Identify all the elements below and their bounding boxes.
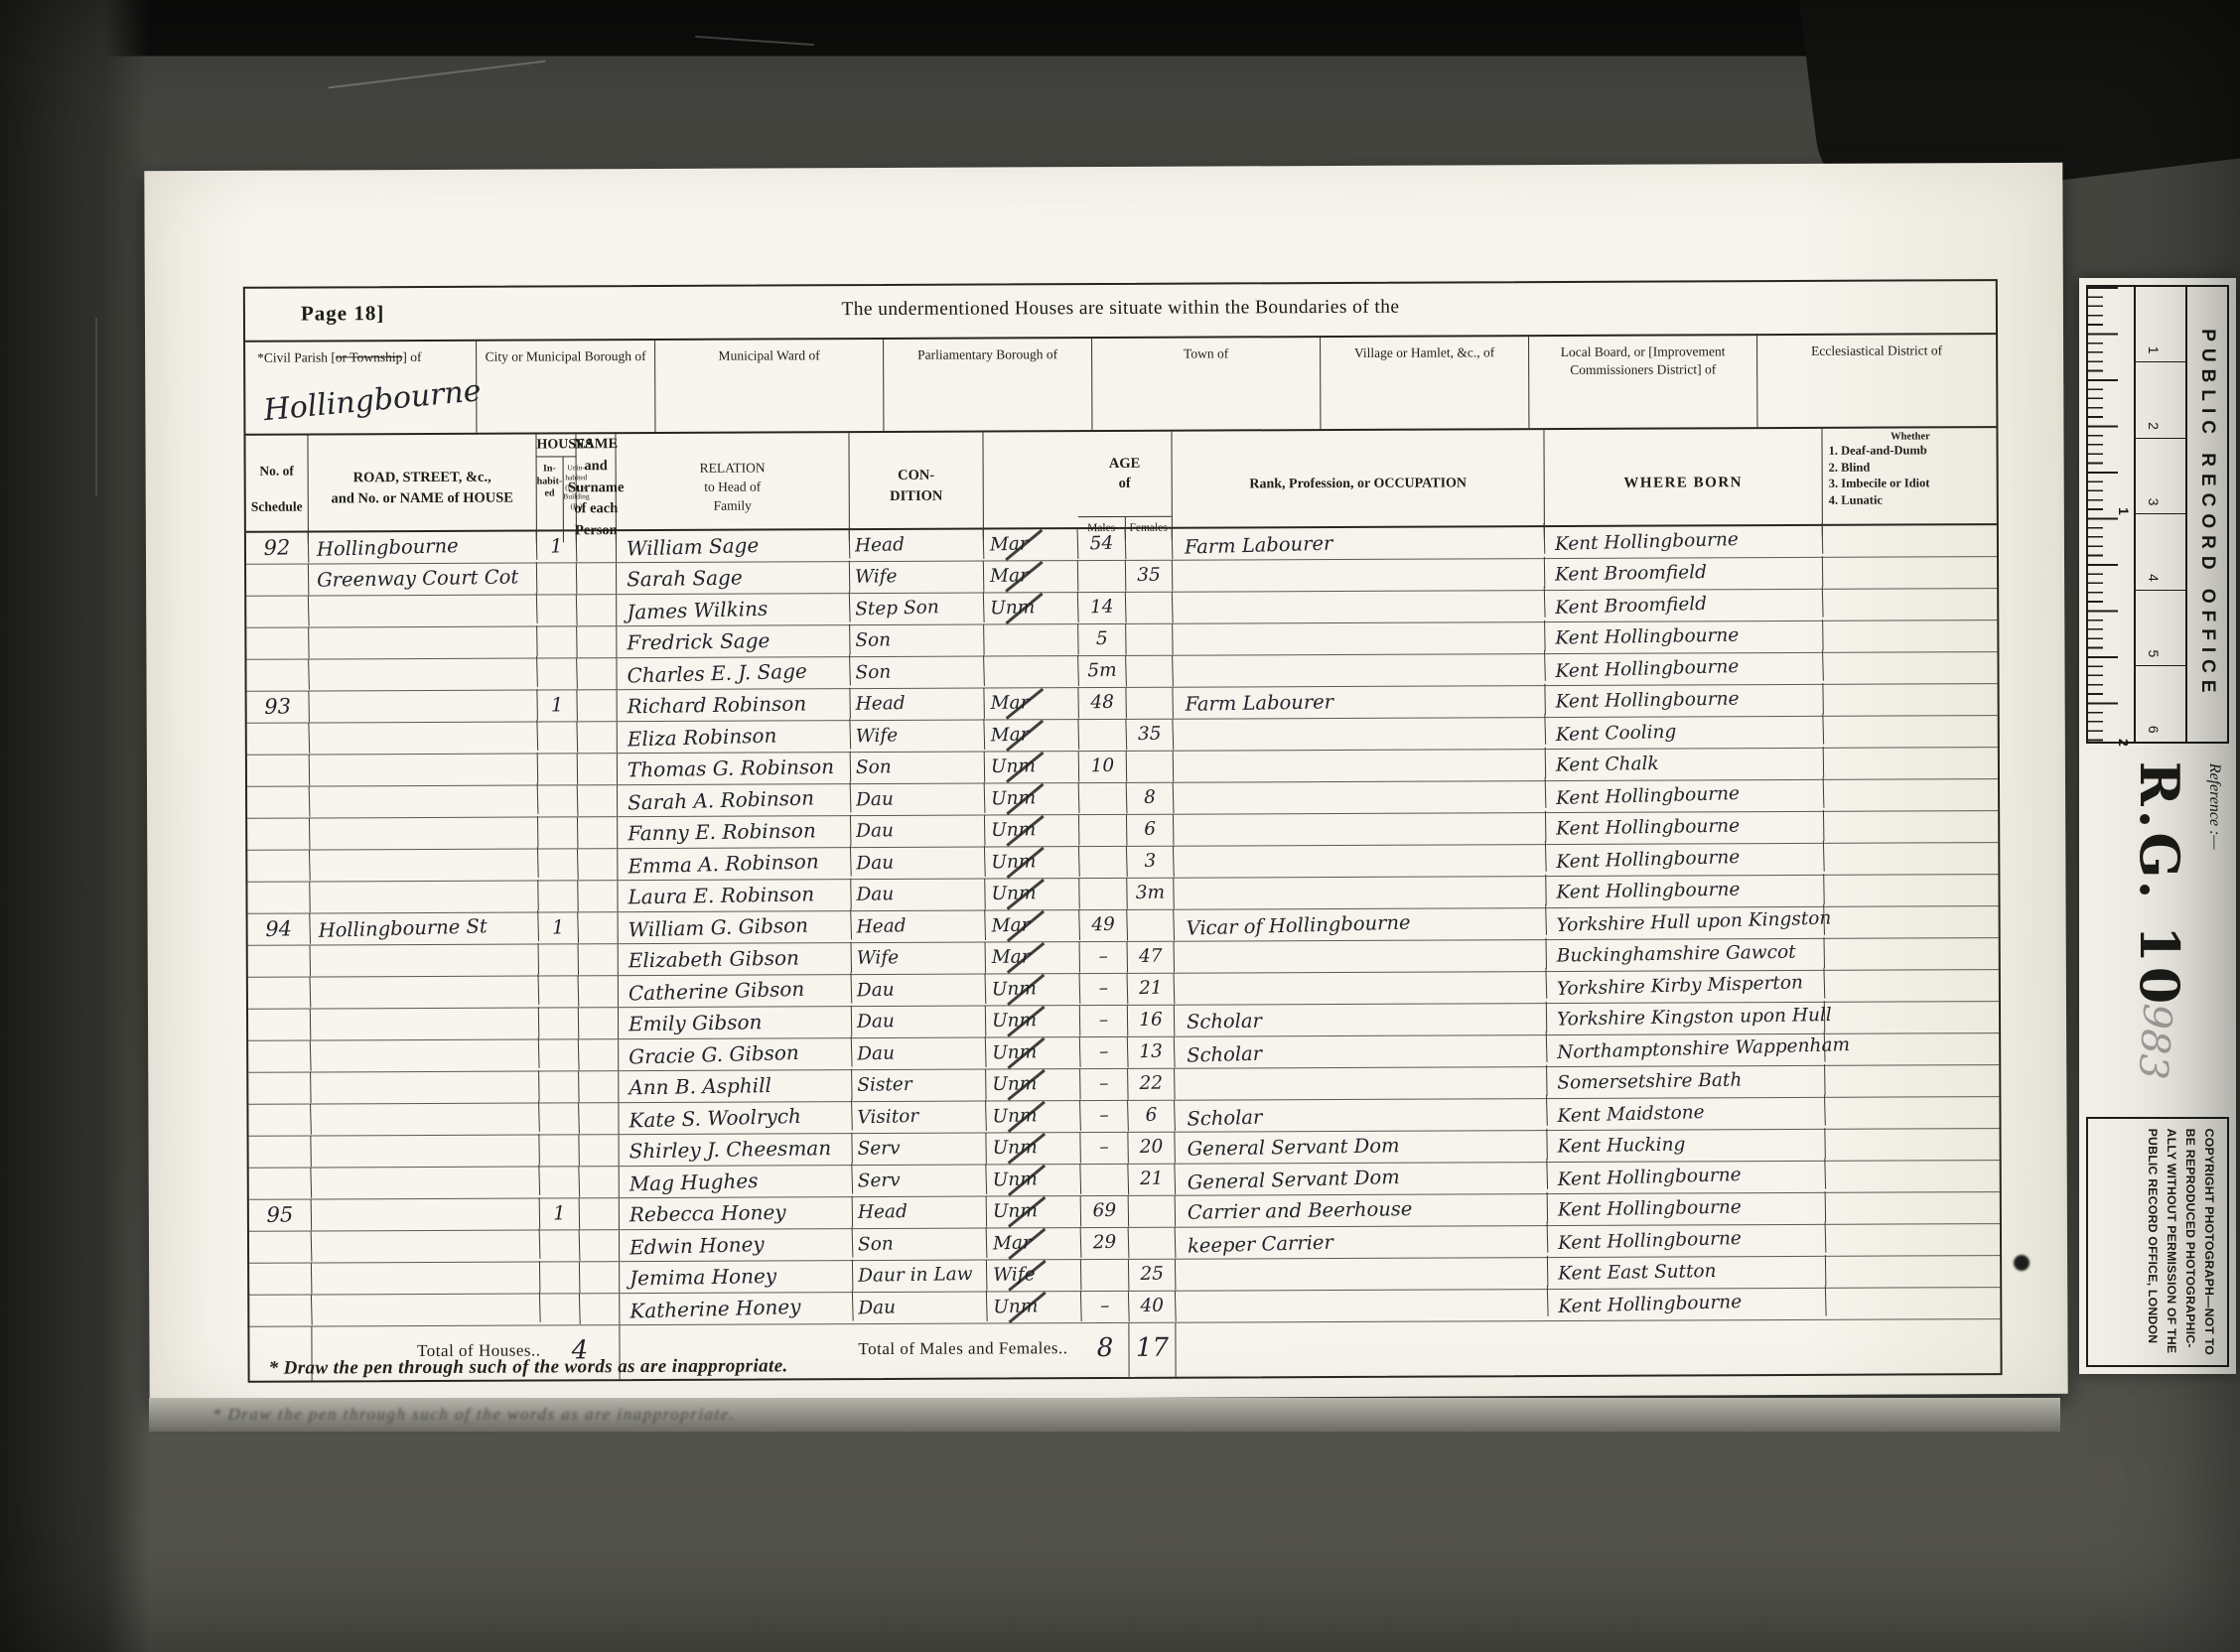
condition: Unm: [985, 879, 1080, 911]
relation-to-head: Wife: [850, 561, 984, 594]
footnote: * Draw the pen through such of the words…: [269, 1355, 788, 1379]
person-name: Charles E. J. Sage: [617, 654, 851, 691]
where-born: Yorkshire Kirby Misperton: [1547, 968, 1826, 1007]
relation-to-head: Son: [851, 752, 985, 784]
schedule-number: [248, 1168, 312, 1200]
condition: [984, 624, 1079, 657]
photographed-census-page: Page 18] The undermentioned Houses are s…: [0, 0, 2240, 1652]
schedule-number: [246, 659, 310, 692]
relation-to-head: Head: [853, 1196, 987, 1229]
local-board-cell: Local Board, or [Improvement Commissione…: [1529, 336, 1757, 428]
age-male: [1078, 719, 1127, 751]
ghost-footnote-text: * Draw the pen through such of the words…: [148, 1398, 2061, 1425]
houses-uninhabited: [579, 1039, 619, 1070]
disability-notes: [1826, 1129, 2000, 1161]
person-name: Laura E. Robinson: [618, 879, 851, 913]
relation-to-head: Dau: [851, 846, 986, 881]
road-name: [311, 1070, 539, 1105]
civil-parish-label-end: ] of: [402, 349, 421, 364]
road-name: [311, 1037, 540, 1074]
houses-inhabited: 1: [537, 531, 578, 563]
where-born: Kent Hollingbourne: [1545, 619, 1823, 655]
houses-uninhabited: [580, 1198, 620, 1229]
condition: Unm: [985, 846, 1080, 880]
civil-parish-cell: *Civil Parish [or Township] of Hollingbo…: [245, 342, 477, 434]
municipal-ward-cell: Municipal Ward of: [655, 340, 884, 432]
person-name: Emily Gibson: [619, 1006, 852, 1040]
relation-to-head: Serv: [852, 1133, 986, 1166]
where-born: Kent Hucking: [1547, 1128, 1825, 1164]
houses-uninhabited: [580, 1135, 620, 1166]
disability-notes: [1824, 716, 1998, 748]
disability-notes: [1823, 557, 1997, 589]
age-male: [1078, 561, 1127, 593]
schedule-number: [248, 1009, 312, 1040]
person-name: Fanny E. Robinson: [618, 815, 851, 850]
age-male: 10: [1079, 752, 1128, 783]
age-female: 35: [1126, 560, 1174, 592]
relation-to-head: Dau: [851, 815, 985, 848]
where-born: Kent Hollingbourne: [1545, 683, 1823, 719]
condition: Unm: [986, 1133, 1081, 1166]
age-male: 69: [1081, 1196, 1130, 1228]
road-name: [311, 1134, 539, 1169]
age-male: [1079, 815, 1128, 847]
houses-inhabited: [538, 849, 579, 881]
houses-uninhabited: [580, 1230, 620, 1261]
punch-mark: [2014, 1255, 2030, 1271]
age-male: –: [1080, 1100, 1129, 1132]
where-born: Kent Hollingbourne: [1546, 874, 1824, 909]
where-born: Kent Broomfield: [1545, 587, 1824, 625]
relation-to-head: Son: [850, 655, 985, 690]
reference-label: Reference :—: [2205, 763, 2223, 850]
township-struck-label: or Township: [336, 349, 403, 364]
schedule-number: [249, 1231, 313, 1264]
person-name: Edwin Honey: [620, 1226, 854, 1263]
census-table: Page 18] The undermentioned Houses are s…: [243, 279, 2003, 1383]
age-female: 16: [1128, 1005, 1176, 1036]
relation-to-head: Dau: [851, 879, 985, 911]
houses-uninhabited: [579, 944, 619, 975]
age-female: [1127, 909, 1175, 941]
civil-parish-label: *Civil Parish [: [257, 349, 336, 364]
col-road: ROAD, STREET, &c., and No. or NAME of HO…: [308, 434, 536, 543]
schedule-number: [248, 945, 312, 977]
relation-to-head: Step Son: [850, 592, 985, 626]
where-born: Kent East Sutton: [1548, 1255, 1826, 1291]
age-male: –: [1080, 1133, 1129, 1165]
road-name: [312, 1228, 541, 1265]
houses-inhabited: [539, 976, 580, 1008]
person-name: Katherine Honey: [620, 1290, 854, 1326]
disability-notes: [1823, 589, 1997, 620]
houses-inhabited: [538, 785, 579, 817]
person-name: Catherine Gibson: [619, 972, 853, 1009]
houses-inhabited: [539, 1103, 580, 1135]
where-born: Kent Broomfield: [1545, 556, 1823, 592]
disability-notes: [1825, 1002, 1999, 1033]
condition: Mar: [984, 688, 1079, 721]
col-disabilities: Whether 1. Deaf-and-Dumb 2. Blind 3. Imb…: [1822, 428, 1996, 537]
person-name: Rebecca Honey: [620, 1196, 853, 1231]
person-name: Eliza Robinson: [617, 718, 851, 755]
road-name: Hollingbourne: [309, 529, 538, 566]
reference-handwritten-number: 983: [2129, 1002, 2179, 1080]
condition: Unm: [986, 1069, 1081, 1102]
disability-notes: [1825, 938, 1999, 970]
where-born: Yorkshire Kingston upon Hull: [1547, 1001, 1825, 1036]
relation-to-head: Wife: [850, 719, 985, 754]
schedule-number: [247, 882, 311, 913]
column-header-row: No. of Schedule ROAD, STREET, &c., and N…: [245, 428, 1996, 533]
person-name: Thomas G. Robinson: [618, 752, 851, 786]
col-name: NAME and Surname of each Person: [576, 434, 616, 542]
stamp-reference-section: Reference :— R.G. 10 983: [2086, 744, 2229, 1117]
city-borough-cell: City or Municipal Borough of: [477, 341, 655, 433]
houses-uninhabited: [577, 563, 617, 594]
age-female: [1129, 1195, 1177, 1227]
where-born: Northamptonshire Wappenham: [1547, 1032, 1826, 1070]
bleed-through-strip: * Draw the pen through such of the words…: [149, 1398, 2060, 1432]
condition: Mar: [984, 561, 1079, 594]
houses-inhabited: [537, 722, 578, 754]
age-female: 21: [1128, 1164, 1176, 1195]
where-born: Kent Hollingbourne: [1548, 1191, 1826, 1227]
total-males-value: 8: [1081, 1323, 1129, 1377]
col-schedule: No. of Schedule: [245, 436, 308, 544]
houses-inhabited: [539, 1167, 580, 1198]
houses-inhabited: [538, 754, 579, 785]
age-female: 21: [1127, 973, 1175, 1005]
relation-to-head: Visitor: [852, 1100, 987, 1135]
houses-uninhabited: [577, 531, 617, 562]
disability-notes: [1826, 1256, 2000, 1288]
houses-inhabited: 1: [537, 690, 578, 722]
where-born: Kent Hollingbourne: [1546, 777, 1825, 816]
age-female: 3m: [1127, 878, 1175, 909]
houses-inhabited: [539, 1039, 580, 1071]
houses-uninhabited: [579, 1008, 619, 1038]
civil-parish-handwritten-value: Hollingbourne: [262, 371, 483, 431]
person-name: Shirley J. Cheesman: [619, 1133, 852, 1168]
schedule-number: 92: [246, 532, 310, 565]
where-born: Kent Hollingbourne: [1545, 523, 1824, 562]
condition: Unm: [987, 1291, 1082, 1324]
houses-uninhabited: [579, 1071, 619, 1102]
person-name: Mag Hughes: [619, 1163, 853, 1199]
person-name: Sarah A. Robinson: [618, 781, 852, 818]
relation-to-head: Dau: [853, 1291, 988, 1325]
col-relation: RELATION to Head of Family: [616, 433, 849, 542]
age-female: [1126, 528, 1174, 560]
total-females-value: 17: [1129, 1323, 1176, 1377]
houses-inhabited: [540, 1262, 581, 1294]
age-female: 20: [1128, 1132, 1176, 1164]
disability-notes: [1825, 1097, 1999, 1129]
relation-to-head: Sister: [852, 1069, 986, 1102]
where-born: Kent Hollingbourne: [1548, 1286, 1827, 1324]
road-name: [309, 656, 538, 693]
schedule-number: 95: [249, 1199, 313, 1231]
where-born: Kent Cooling: [1545, 714, 1824, 753]
road-name: [311, 974, 540, 1011]
relation-to-head: Head: [850, 528, 985, 563]
age-male: 49: [1079, 909, 1128, 941]
age-male: 54: [1078, 528, 1127, 560]
disability-notes: [1823, 620, 1997, 652]
age-female: 35: [1126, 719, 1174, 751]
age-male: –: [1080, 942, 1129, 974]
road-name: [310, 847, 539, 884]
disability-notes: [1825, 906, 1999, 938]
person-name: Gracie G. Gibson: [619, 1035, 853, 1072]
where-born: Kent Maidstone: [1547, 1095, 1826, 1134]
film-scratch: [329, 61, 546, 89]
road-name: [311, 1007, 539, 1041]
schedule-number: 93: [246, 691, 310, 723]
village-hamlet-cell: Village or Hamlet, &c., of: [1321, 337, 1529, 429]
age-female: [1126, 623, 1174, 655]
road-name: [309, 593, 538, 629]
condition: Unm: [986, 1164, 1081, 1197]
houses-uninhabited: [578, 881, 618, 911]
where-born: Kent Hollingbourne: [1547, 1159, 1826, 1197]
condition: Unm: [986, 1006, 1081, 1038]
relation-to-head: Serv: [852, 1164, 987, 1198]
age-male: 5: [1078, 624, 1127, 656]
page-band: Page 18] The undermentioned Houses are s…: [245, 281, 1996, 343]
age-female: 3: [1127, 846, 1175, 878]
houses-inhabited: [537, 658, 578, 690]
where-born: Kent Hollingbourne: [1545, 650, 1824, 689]
where-born: Buckinghamshire Gawcot: [1547, 937, 1825, 973]
road-name: [310, 816, 538, 851]
town-cell: Town of: [1092, 338, 1321, 430]
condition: Unm: [985, 782, 1080, 816]
reference-value: R.G. 10: [2128, 761, 2191, 1009]
where-born: Kent Hollingbourne: [1548, 1222, 1827, 1261]
schedule-number: [247, 818, 311, 850]
age-male: [1080, 1164, 1129, 1195]
condition: Unm: [984, 592, 1079, 625]
relation-to-head: Head: [850, 688, 984, 721]
stamp-scale-section: PUBLIC RECORD OFFICE 1 2 3 4 5 6 1 2: [2086, 285, 2229, 744]
condition: Mar: [987, 1227, 1082, 1261]
schedule-number: [246, 723, 310, 756]
houses-inhabited: [539, 944, 580, 976]
col-occupation: Rank, Profession, or OCCUPATION: [1172, 430, 1544, 539]
houses-inhabited: [537, 563, 578, 595]
houses-inhabited: [537, 595, 578, 626]
road-name: [312, 1261, 540, 1296]
age-female: 25: [1129, 1259, 1177, 1291]
where-born: Kent Hollingbourne: [1546, 810, 1824, 846]
disability-notes: [1823, 652, 1997, 684]
where-born: Yorkshire Hull upon Kingston: [1546, 904, 1825, 943]
disability-notes: [1826, 1224, 2000, 1256]
condition: Unm: [986, 1100, 1081, 1134]
census-sheet: Page 18] The undermentioned Houses are s…: [144, 163, 2067, 1402]
person-name: Emma A. Robinson: [618, 845, 852, 882]
relation-to-head: Dau: [852, 1036, 987, 1071]
stamp-copyright-box: COPYRIGHT PHOTOGRAPH—NOT TO BE REPRODUCE…: [2086, 1117, 2229, 1367]
road-name: [311, 1101, 540, 1138]
schedule-number: [248, 1072, 312, 1104]
parliamentary-borough-cell: Parliamentary Borough of: [884, 339, 1092, 431]
disability-notes: [1826, 1192, 2000, 1224]
houses-uninhabited: [579, 912, 619, 943]
age-male: [1079, 782, 1128, 814]
schedule-number: [248, 1104, 312, 1137]
person-name: Jemima Honey: [620, 1260, 853, 1295]
age-female: 40: [1129, 1291, 1177, 1322]
condition: Mar: [984, 719, 1079, 753]
ecclesiastical-district-cell: Ecclesiastical District of: [1757, 335, 1996, 427]
age-female: [1126, 655, 1174, 687]
road-name: [310, 753, 538, 787]
relation-to-head: Wife: [852, 942, 986, 975]
age-female: 22: [1128, 1068, 1176, 1100]
disability-notes: [1823, 525, 1997, 557]
houses-inhabited: [538, 881, 579, 912]
relation-to-head: Dau: [852, 973, 987, 1008]
houses-uninhabited: [578, 817, 618, 848]
schedule-number: [246, 564, 310, 596]
age-male: 14: [1078, 592, 1127, 623]
age-female: 13: [1128, 1036, 1176, 1068]
person-name: Fredrick Sage: [617, 624, 850, 659]
area-header-row: *Civil Parish [or Township] of Hollingbo…: [245, 335, 1996, 436]
col-inhabited: In-habit-ed: [537, 457, 564, 542]
road-name: [311, 943, 539, 978]
condition: Mar: [985, 909, 1080, 943]
photo-left-film-edge: [0, 0, 149, 1652]
age-male: –: [1081, 1291, 1130, 1322]
schedule-number: [247, 755, 311, 786]
disability-notes: [1825, 1065, 1999, 1097]
condition: Wife: [987, 1260, 1082, 1293]
houses-uninhabited: [577, 658, 617, 689]
houses-uninhabited: [578, 722, 618, 753]
condition: Unm: [986, 1036, 1081, 1070]
houses-inhabited: [540, 1230, 581, 1262]
schedule-number: 94: [247, 913, 311, 946]
disability-notes: [1825, 1033, 1999, 1065]
disability-notes: [1826, 1161, 2000, 1192]
road-name: [312, 1197, 540, 1232]
condition: Unm: [987, 1196, 1082, 1229]
houses-inhabited: [538, 817, 579, 849]
person-name: William G. Gibson: [618, 908, 852, 945]
relation-to-head: Daur in Law: [853, 1260, 987, 1293]
age-male: –: [1080, 1006, 1129, 1037]
disability-notes: [1824, 779, 1998, 811]
sheet-title: The undermentioned Houses are situate wi…: [841, 297, 1399, 321]
schedule-number: [248, 1040, 312, 1073]
person-name: Sarah Sage: [617, 561, 850, 596]
road-name: [312, 1292, 541, 1328]
age-female: [1129, 1227, 1177, 1259]
age-female: [1127, 751, 1175, 782]
age-female: 6: [1128, 1100, 1176, 1132]
col-where-born: WHERE BORN: [1544, 429, 1822, 538]
houses-uninhabited: [578, 785, 618, 816]
houses-inhabited: [539, 1135, 580, 1167]
census-entries: 92 Hollingbourne 1 William Sage Head Mar…: [246, 525, 2000, 1327]
houses-inhabited: [539, 1008, 580, 1039]
schedule-number: [249, 1295, 313, 1327]
age-male: 29: [1081, 1227, 1130, 1259]
age-male: [1079, 846, 1128, 878]
age-female: 6: [1127, 814, 1175, 846]
relation-to-head: Son: [850, 624, 984, 657]
person-name: James Wilkins: [617, 591, 851, 627]
houses-uninhabited: [577, 626, 617, 657]
film-scratch: [95, 318, 97, 496]
condition: Unm: [985, 752, 1080, 784]
disability-notes: [1824, 684, 1998, 716]
houses-uninhabited: [579, 976, 619, 1007]
disability-notes: [1825, 970, 1999, 1002]
disability-notes: [1824, 811, 1998, 843]
where-born: Kent Hollingbourne: [1546, 841, 1825, 880]
schedule-number: [247, 786, 311, 819]
houses-uninhabited: [580, 1294, 620, 1324]
person-name: Ann B. Asphill: [619, 1069, 852, 1104]
person-name: William Sage: [617, 527, 851, 564]
relation-to-head: Dau: [852, 1006, 986, 1038]
col-age: AGE of Males Females: [1077, 432, 1172, 540]
condition: [984, 655, 1079, 689]
age-female: 8: [1127, 782, 1175, 814]
houses-inhabited: [537, 626, 578, 658]
stamp-office-title: PUBLIC RECORD OFFICE: [2185, 287, 2227, 742]
disability-notes: [1826, 1288, 2000, 1319]
houses-inhabited: 1: [538, 912, 579, 944]
age-male: [1079, 879, 1128, 910]
schedule-number: [246, 596, 310, 628]
public-record-office-stamp: PUBLIC RECORD OFFICE 1 2 3 4 5 6 1 2 Ref…: [2079, 278, 2236, 1374]
road-name: [310, 783, 539, 820]
stamp-ruler: 1 2: [2088, 287, 2134, 742]
age-female: [1126, 592, 1174, 623]
person-name: Richard Robinson: [617, 688, 850, 723]
road-name: [309, 720, 538, 757]
condition: Mar: [986, 942, 1081, 975]
houses-uninhabited: [579, 1103, 619, 1134]
road-name: [309, 689, 537, 724]
relation-to-head: Dau: [851, 782, 986, 817]
houses-uninhabited: [580, 1167, 620, 1197]
age-female: [1126, 687, 1174, 719]
age-male: 48: [1078, 688, 1127, 720]
houses-inhabited: [540, 1294, 581, 1325]
road-name: [309, 625, 537, 660]
schedule-number: [248, 1136, 312, 1168]
disability-notes: [1824, 875, 1998, 906]
schedule-number: [246, 627, 310, 659]
disability-notes: [1824, 748, 1998, 779]
houses-uninhabited: [578, 690, 618, 721]
houses-uninhabited: [578, 849, 618, 880]
houses-uninhabited: [578, 754, 618, 784]
condition: Unm: [986, 973, 1081, 1007]
road-name: Greenway Court Cot: [309, 562, 537, 597]
person-name: Elizabeth Gibson: [619, 942, 852, 977]
person-name: Kate S. Woolrych: [619, 1099, 853, 1136]
condition: Unm: [985, 815, 1080, 848]
